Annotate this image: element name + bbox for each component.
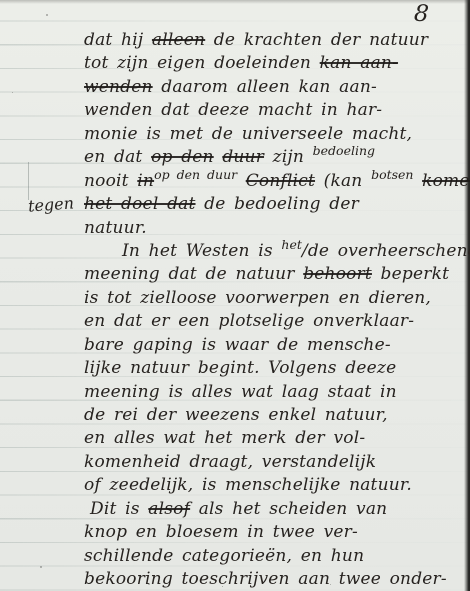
- handwritten-text: bekooring toeschrijven aan twee onder-: [84, 569, 447, 589]
- manuscript-page: 8 tegen dat hij alleen de krachten der n…: [0, 0, 470, 591]
- margin-pencil-mark: [28, 162, 29, 200]
- handwritten-text: of zeedelijk, is menschelijke natuur.: [84, 475, 412, 495]
- handwritten-text: wenden dat deeze macht in har-: [84, 100, 382, 120]
- manuscript-line: lijke natuur begint. Volgens deeze: [84, 357, 460, 380]
- struck-out-text: op den: [151, 147, 214, 167]
- manuscript-line: schillende categorieën, en hun: [84, 545, 460, 568]
- handwritten-text: [237, 171, 246, 191]
- struck-out-text: wenden: [84, 77, 153, 97]
- manuscript-line: of zeedelijk, is menschelijke natuur.: [84, 474, 460, 497]
- struck-out-text: Conflict: [246, 171, 315, 191]
- manuscript-line: wenden dat deeze macht in har-: [84, 99, 460, 122]
- struck-out-text: komen: [422, 171, 470, 191]
- struck-out-text: duur: [222, 147, 264, 167]
- manuscript-line: In het Westen is het/de overheerschende: [84, 240, 460, 263]
- handwritten-text: beperkt: [372, 264, 449, 284]
- handwritten-text: bare gaping is waar de mensche-: [84, 335, 391, 355]
- handwritten-text: [413, 171, 422, 191]
- handwritten-text: en dat: [84, 147, 151, 167]
- margin-note: tegen: [27, 193, 74, 215]
- handwritten-text: de krachten der natuur: [205, 30, 428, 50]
- struck-out-text: in: [137, 171, 154, 191]
- manuscript-line: het doel dat de bedoeling der: [84, 193, 460, 216]
- manuscript-line: natuur.: [84, 217, 460, 240]
- manuscript-line: en alles wat het merk der vol-: [84, 427, 460, 450]
- manuscript-line: bare gaping is waar de mensche-: [84, 334, 460, 357]
- manuscript-line: en dat er een plotselige onverklaar-: [84, 310, 460, 333]
- handwritten-text: daarom alleen kan aan-: [153, 77, 377, 97]
- handwritten-text: de bedoeling der: [196, 194, 359, 214]
- handwritten-text: als het scheiden van: [190, 499, 387, 519]
- manuscript-line: meening is alles wat laag staat in: [84, 381, 460, 404]
- struck-out-text: alsof: [148, 499, 190, 519]
- handwritten-text: natuur.: [84, 218, 147, 238]
- handwritten-text: is tot zielloose voorwerpen en dieren,: [84, 288, 431, 308]
- struck-out-text: alleen: [152, 30, 205, 50]
- handwritten-text: knop en bloesem in twee ver-: [84, 522, 358, 542]
- manuscript-line: Dit is alsof als het scheiden van: [84, 498, 460, 521]
- paper-speck: [46, 14, 48, 16]
- handwritten-text: In het Westen is: [122, 241, 281, 261]
- handwritten-text: nooit: [84, 171, 137, 191]
- manuscript-line: monie is met de universeele macht,: [84, 123, 460, 146]
- handwritten-text: komenheid draagt, verstandelijk: [84, 452, 376, 472]
- manuscript-line: meening dat de natuur behoort beperkt: [84, 263, 460, 286]
- inserted-above-text: bedoeling: [313, 143, 375, 158]
- handwritten-text: /de overheerschende: [302, 241, 470, 261]
- paper-speck: [40, 566, 42, 568]
- page-top-shadow: [0, 0, 470, 4]
- page-number: 8: [413, 3, 429, 27]
- manuscript-line: de rei der weezens enkel natuur,: [84, 404, 460, 427]
- manuscript-line: bekooring toeschrijven aan twee onder-: [84, 568, 460, 591]
- handwritten-text: dat hij: [84, 30, 152, 50]
- handwritten-text: Dit is: [90, 499, 148, 519]
- paper-speck: [12, 92, 13, 93]
- inserted-above-text: het: [281, 237, 301, 252]
- handwritten-text: lijke natuur begint. Volgens deeze: [84, 358, 396, 378]
- inserted-above-text: botsen: [371, 167, 413, 182]
- struck-out-text: kan aan-: [320, 53, 398, 73]
- struck-out-text: behoort: [303, 264, 372, 284]
- struck-out-text: het doel dat: [84, 194, 196, 214]
- manuscript-line: tot zijn eigen doeleinden kan aan-: [84, 52, 460, 75]
- handwritten-text: de rei der weezens enkel natuur,: [84, 405, 388, 425]
- manuscript-line: is tot zielloose voorwerpen en dieren,: [84, 287, 460, 310]
- manuscript-line: komenheid draagt, verstandelijk: [84, 451, 460, 474]
- handwritten-text: tot zijn eigen doeleinden: [84, 53, 320, 73]
- page-edge-shadow: [464, 0, 470, 591]
- handwritten-text: (kan: [315, 171, 371, 191]
- manuscript-line: nooit inop den duur Conflict (kan botsen…: [84, 170, 460, 193]
- manuscript-lines: dat hij alleen de krachten der natuurtot…: [84, 29, 460, 591]
- handwritten-text: meening is alles wat laag staat in: [84, 382, 397, 402]
- handwritten-text: schillende categorieën, en hun: [84, 546, 364, 566]
- handwritten-text: monie is met de universeele macht,: [84, 124, 412, 144]
- manuscript-line: dat hij alleen de krachten der natuur: [84, 29, 460, 52]
- manuscript-line: knop en bloesem in twee ver-: [84, 521, 460, 544]
- inserted-above-text: op den duur: [154, 167, 237, 182]
- handwritten-text: en dat er een plotselige onverklaar-: [84, 311, 414, 331]
- handwritten-text: en alles wat het merk der vol-: [84, 428, 365, 448]
- handwritten-text: zijn: [264, 147, 313, 167]
- handwritten-text: meening dat de natuur: [84, 264, 303, 284]
- manuscript-line: wenden daarom alleen kan aan-: [84, 76, 460, 99]
